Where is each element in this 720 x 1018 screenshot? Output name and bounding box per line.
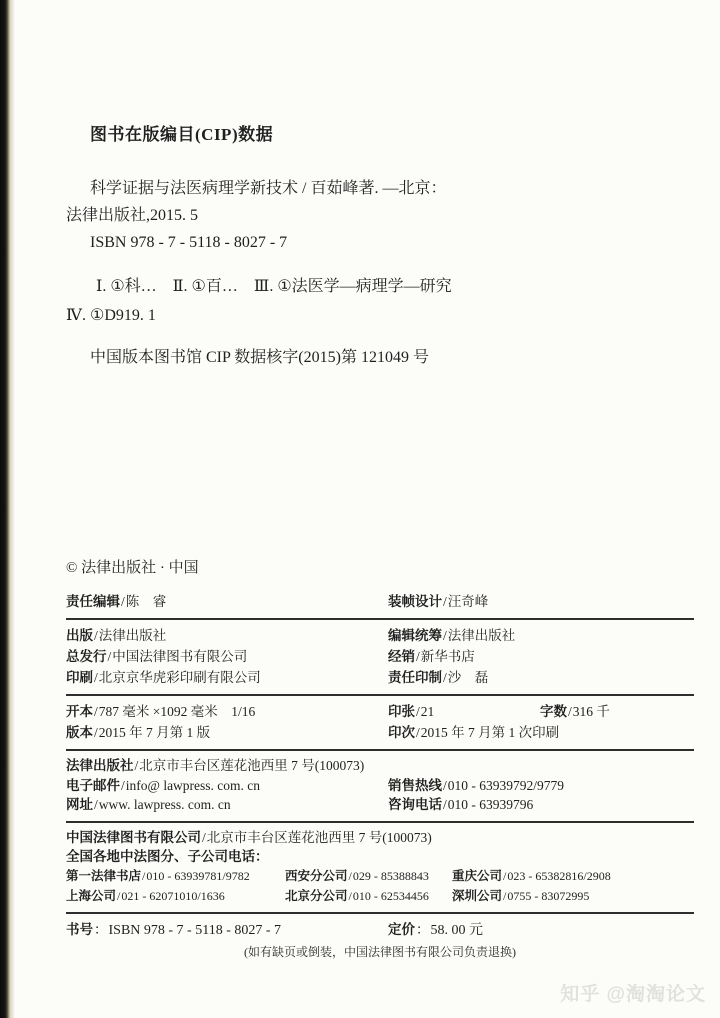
- field-label: 西安分公司: [285, 869, 348, 883]
- field-value: 029 - 85388843: [353, 869, 429, 883]
- field-label: 总发行: [66, 649, 107, 664]
- book-copyright-page: 图书在版编目(CIP)数据 科学证据与法医病理学新技术 / 百茹峰著. —北京：…: [0, 0, 720, 1018]
- field-label: 印刷: [66, 670, 93, 685]
- field-label: 字数: [540, 704, 567, 719]
- email-field: 电子邮件/info@ lawpress. com. cn: [66, 776, 388, 796]
- defect-exchange-note: (如有缺页或倒装，中国法律图书有限公司负责退换): [66, 942, 694, 962]
- branch-field: 上海公司/021 - 62071010/1636: [66, 887, 285, 907]
- field-label: 网址: [66, 797, 93, 812]
- field-label: 定价: [388, 922, 415, 937]
- field-separator: ：: [93, 922, 109, 937]
- table-row: 出版/法律出版社 编辑统筹/法律出版社: [66, 625, 694, 646]
- zhihu-watermark: 知乎 @淘淘论文: [560, 979, 706, 1006]
- field-label: 责任编辑: [66, 594, 120, 609]
- field-value: ISBN 978 - 7 - 5118 - 8027 - 7: [109, 923, 282, 938]
- field-value: 沙 磊: [448, 670, 489, 685]
- field-label: 咨询电话: [388, 797, 442, 812]
- field-label: 出版: [66, 628, 93, 643]
- classification-line-2: Ⅳ. ①D919. 1: [66, 301, 626, 330]
- cip-classification: Ⅰ. ①科… Ⅱ. ①百… Ⅲ. ①法医学—病理学—研究 Ⅳ. ①D919. 1: [66, 272, 626, 330]
- designer-field: 装帧设计/汪奇峰: [388, 591, 694, 612]
- field-value: 010 - 63939796: [448, 797, 534, 812]
- field-value: 21: [421, 704, 435, 719]
- field-label: 经销: [388, 649, 415, 664]
- field-value: 陈 睿: [126, 594, 167, 609]
- field-label: 重庆公司: [452, 869, 502, 883]
- field-value: 中国法律图书有限公司: [112, 649, 247, 664]
- table-row: 网址/www. lawpress. com. cn 咨询电话/010 - 639…: [66, 795, 694, 815]
- word-count-field: 字数/316 千: [540, 701, 694, 722]
- printer-field: 印刷/北京京华虎彩印刷有限公司: [66, 667, 388, 688]
- field-value: 787 毫米 ×1092 毫米 1/16: [99, 704, 256, 719]
- cip-heading: 图书在版编目(CIP)数据: [90, 120, 626, 145]
- format-section: 开本/787 毫米 ×1092 毫米 1/16 印张/21 字数/316 千 版…: [66, 696, 694, 749]
- field-label: 北京分公司: [285, 889, 348, 903]
- field-label: 印次: [388, 725, 415, 740]
- field-label: 法律出版社: [66, 758, 134, 773]
- publish-section: 出版/法律出版社 编辑统筹/法律出版社 总发行/中国法律图书有限公司 经销/新华…: [66, 620, 694, 694]
- field-label: 书号: [66, 922, 93, 937]
- colophon: © 法律出版社 · 中国 责任编辑/陈 睿 装帧设计/汪奇峰 出版/法律出版社 …: [66, 558, 694, 968]
- field-label: 上海公司: [66, 889, 116, 903]
- field-value: 021 - 62071010/1636: [121, 889, 224, 903]
- field-separator: ：: [415, 922, 431, 937]
- cip-block: 图书在版编目(CIP)数据 科学证据与法医病理学新技术 / 百茹峰著. —北京：…: [66, 120, 626, 367]
- field-value: 北京市丰台区莲花池西里 7 号(100073): [139, 758, 364, 773]
- field-label: 电子邮件: [66, 778, 120, 793]
- field-label: 深圳公司: [452, 889, 502, 903]
- field-value: 010 - 63939781/9782: [146, 869, 249, 883]
- field-label: 中国法律图书有限公司: [66, 830, 201, 845]
- price-field: 定价：58. 00 元: [388, 919, 694, 942]
- table-row: 中国法律图书有限公司/北京市丰台区莲花池西里 7 号(100073): [66, 828, 694, 848]
- field-value: 新华书店: [421, 649, 475, 664]
- cip-record-line: 中国版本图书馆 CIP 数据核字(2015)第 121049 号: [90, 344, 626, 367]
- field-value: www. lawpress. com. cn: [99, 797, 231, 812]
- branch-field: 第一法律书店/010 - 63939781/9782: [66, 867, 285, 887]
- trim-size-field: 开本/787 毫米 ×1092 毫米 1/16: [66, 701, 388, 722]
- coordinator-field: 编辑统筹/法律出版社: [388, 625, 694, 646]
- field-label: 开本: [66, 704, 93, 719]
- table-row: 总发行/中国法律图书有限公司 经销/新华书店: [66, 646, 694, 667]
- distribution-section: 中国法律图书有限公司/北京市丰台区莲花池西里 7 号(100073) 全国各地中…: [66, 823, 694, 913]
- table-row: 开本/787 毫米 ×1092 毫米 1/16 印张/21 字数/316 千: [66, 701, 694, 722]
- table-row: 印刷/北京京华虎彩印刷有限公司 责任印制/沙 磊: [66, 667, 694, 688]
- cip-paragraph: 科学证据与法医病理学新技术 / 百茹峰著. —北京： 法律出版社,2015. 5…: [66, 175, 626, 256]
- cip-title-line: 科学证据与法医病理学新技术 / 百茹峰著. —北京：: [90, 175, 626, 202]
- sales-hotline-field: 销售热线/010 - 63939792/9779: [388, 776, 694, 796]
- branch-field: 深圳公司/0755 - 83072995: [452, 887, 694, 907]
- table-row: 第一法律书店/010 - 63939781/9782 西安分公司/029 - 8…: [66, 867, 694, 887]
- field-value: 023 - 65382816/2908: [507, 869, 610, 883]
- field-label: 印张: [388, 704, 415, 719]
- edition-field: 版本/2015 年 7 月第 1 版: [66, 722, 388, 743]
- printing-field: 印次/2015 年 7 月第 1 次印刷: [388, 722, 694, 743]
- branch-field: 北京分公司/010 - 62534456: [285, 887, 452, 907]
- table-row: 版本/2015 年 7 月第 1 版 印次/2015 年 7 月第 1 次印刷: [66, 722, 694, 743]
- field-label: 销售热线: [388, 778, 442, 793]
- field-label: 版本: [66, 725, 93, 740]
- website-field: 网址/www. lawpress. com. cn: [66, 795, 388, 815]
- cip-publisher-line: 法律出版社,2015. 5: [66, 202, 626, 229]
- field-value: 汪奇峰: [448, 594, 489, 609]
- seller-field: 经销/新华书店: [388, 646, 694, 667]
- table-row: 电子邮件/info@ lawpress. com. cn 销售热线/010 - …: [66, 776, 694, 796]
- field-value: 010 - 62534456: [353, 889, 429, 903]
- field-value: 2015 年 7 月第 1 版: [99, 725, 210, 740]
- field-label: 责任印制: [388, 670, 442, 685]
- table-row: 法律出版社/北京市丰台区莲花池西里 7 号(100073): [66, 756, 694, 776]
- field-value: 北京市丰台区莲花池西里 7 号(100073): [207, 830, 432, 845]
- field-label: 编辑统筹: [388, 628, 442, 643]
- field-value: 法律出版社: [99, 628, 167, 643]
- field-value: info@ lawpress. com. cn: [126, 778, 260, 793]
- field-value: 0755 - 83072995: [507, 889, 589, 903]
- table-row: 书号：ISBN 978 - 7 - 5118 - 8027 - 7 定价：58.…: [66, 919, 694, 942]
- distributor-address-field: 中国法律图书有限公司/北京市丰台区莲花池西里 7 号(100073): [66, 828, 432, 848]
- print-supervisor-field: 责任印制/沙 磊: [388, 667, 694, 688]
- editor-field: 责任编辑/陈 睿: [66, 591, 388, 612]
- press-contact-section: 法律出版社/北京市丰台区莲花池西里 7 号(100073) 电子邮件/info@…: [66, 751, 694, 821]
- publisher-field: 出版/法律出版社: [66, 625, 388, 646]
- field-value: 2015 年 7 月第 1 次印刷: [421, 725, 559, 740]
- field-value: 北京京华虎彩印刷有限公司: [99, 670, 261, 685]
- sheets-field: 印张/21: [388, 701, 540, 722]
- scan-binding-edge: [0, 0, 16, 1018]
- price-section: 书号：ISBN 978 - 7 - 5118 - 8027 - 7 定价：58.…: [66, 914, 694, 968]
- field-value: 58. 00 元: [431, 923, 484, 938]
- press-address-field: 法律出版社/北京市丰台区莲花池西里 7 号(100073): [66, 756, 364, 776]
- table-row: 上海公司/021 - 62071010/1636 北京分公司/010 - 625…: [66, 887, 694, 907]
- copyright-line: © 法律出版社 · 中国: [66, 558, 694, 578]
- staff-row: 责任编辑/陈 睿 装帧设计/汪奇峰: [66, 591, 694, 618]
- branch-field: 西安分公司/029 - 85388843: [285, 867, 452, 887]
- inquiry-phone-field: 咨询电话/010 - 63939796: [388, 795, 694, 815]
- field-value: 010 - 63939792/9779: [448, 778, 564, 793]
- book-number-field: 书号：ISBN 978 - 7 - 5118 - 8027 - 7: [66, 919, 388, 942]
- field-label: 装帧设计: [388, 594, 442, 609]
- cip-isbn-line: ISBN 978 - 7 - 5118 - 8027 - 7: [90, 229, 626, 256]
- field-value: 316 千: [573, 704, 610, 719]
- branch-field: 重庆公司/023 - 65382816/2908: [452, 867, 694, 887]
- branch-phones-heading: 全国各地中法图分、子公司电话：: [66, 847, 694, 867]
- general-distributor-field: 总发行/中国法律图书有限公司: [66, 646, 388, 667]
- field-value: 法律出版社: [448, 628, 516, 643]
- field-label: 第一法律书店: [66, 869, 141, 883]
- classification-line-1: Ⅰ. ①科… Ⅱ. ①百… Ⅲ. ①法医学—病理学—研究: [96, 272, 626, 301]
